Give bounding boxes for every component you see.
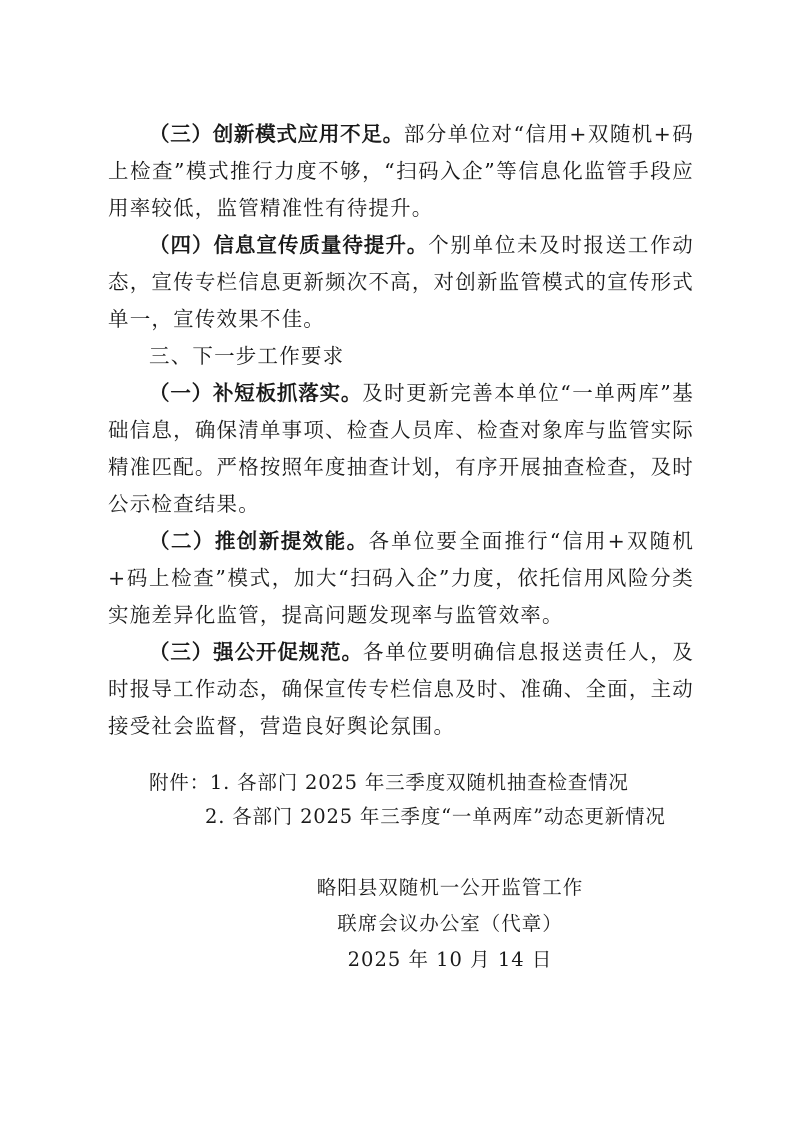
paragraph-lead: （四）信息宣传质量待提升。: [149, 233, 428, 257]
attachment-text: 1. 各部门 2025 年三季度双随机抽查检查情况: [210, 771, 629, 794]
signature-date: 2025 年 10 月 14 日: [290, 942, 610, 978]
paragraph-publicity-quality: （四）信息宣传质量待提升。个别单位未及时报送工作动态，宣传专栏信息更新频次不高，…: [108, 227, 694, 338]
paragraph-lead: （一）补短板抓落实。: [149, 381, 362, 405]
requirement-promote-innovation: （二）推创新提效能。各单位要全面推行“信用+双随机+码上检查”模式，加大“扫码入…: [108, 523, 694, 634]
section-heading-next-steps: 三、下一步工作要求: [108, 338, 694, 375]
signature-org-line2: 联席会议办公室（代章）: [290, 906, 610, 942]
paragraph-lead: （三）强公开促规范。: [149, 640, 363, 664]
paragraph-lead: （二）推创新提效能。: [149, 529, 369, 553]
attachment-item-1: 附件：1. 各部门 2025 年三季度双随机抽查检查情况: [149, 766, 666, 800]
paragraph-innovation-mode: （三）创新模式应用不足。部分单位对“信用+双随机+码上检查”模式推行力度不够，“…: [108, 116, 694, 227]
signature-block: 略阳县双随机一公开监管工作 联席会议办公室（代章） 2025 年 10 月 14…: [290, 870, 610, 978]
attachment-item-2: 2. 各部门 2025 年三季度“一单两库”动态更新情况: [149, 800, 666, 834]
attachments-label: 附件：: [149, 771, 210, 794]
requirement-fix-shortcomings: （一）补短板抓落实。及时更新完善本单位“一单两库”基础信息，确保清单事项、检查人…: [108, 375, 694, 523]
attachments-list: 附件：1. 各部门 2025 年三季度双随机抽查检查情况 2. 各部门 2025…: [149, 766, 666, 834]
requirement-strengthen-disclosure: （三）强公开促规范。各单位要明确信息报送责任人，及时报导工作动态，确保宣传专栏信…: [108, 634, 694, 745]
signature-org-line1: 略阳县双随机一公开监管工作: [290, 870, 610, 906]
attachment-text: 2. 各部门 2025 年三季度“一单两库”动态更新情况: [205, 805, 666, 828]
document-body: （三）创新模式应用不足。部分单位对“信用+双随机+码上检查”模式推行力度不够，“…: [108, 116, 694, 745]
paragraph-lead: （三）创新模式应用不足。: [149, 122, 404, 146]
